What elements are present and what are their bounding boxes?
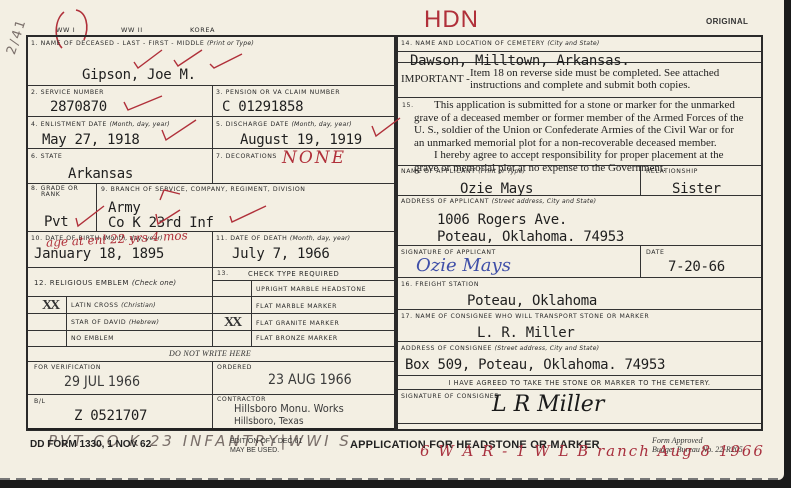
freight-station-label: 16. FREIGHT STATION	[401, 281, 479, 288]
name-of-deceased-label: 1. NAME OF DECEASED - LAST - FIRST - MID…	[31, 40, 254, 47]
footer-handwritten-note: 6 W A R - 1 W L B ranch Aug 8 1966	[420, 442, 765, 460]
dod-label: 11. DATE OF DEATH (Month, day, year)	[216, 235, 350, 242]
consignee-signature: L R Miller	[492, 392, 604, 417]
enlistment-date-label: 4. ENLISTMENT DATE (Month, day, year)	[31, 121, 170, 128]
consignee-name-label: 17. NAME OF CONSIGNEE WHO WILL TRANSPORT…	[401, 313, 649, 320]
decorations-value: NONE	[282, 148, 346, 168]
headstone-application-card: WW I WW II KOREA HDN ORIGINAL 2/41 1. NA…	[0, 0, 784, 480]
perforation-line	[0, 478, 784, 480]
applicant-address-line1: 1006 Rogers Ave.	[437, 212, 567, 228]
conflict-korea: KOREA	[190, 26, 215, 34]
red-checkmark-enlistment	[160, 118, 200, 144]
relationship-value: Sister	[672, 181, 721, 197]
verification-stamp: 29 JUL 1966	[64, 374, 140, 390]
important-text-line2: instructions and complete and submit bot…	[470, 79, 690, 92]
red-checkmark-discharge	[370, 116, 404, 140]
applicant-name-value: Ozie Mays	[460, 181, 533, 197]
conflict-ww2: WW II	[121, 26, 143, 34]
consignee-address-label: ADDRESS OF CONSIGNEE (Street address, Ci…	[401, 345, 599, 352]
discharge-date-label: 5. DISCHARGE DATE (Month, day, year)	[216, 121, 352, 128]
cemetery-label: 14. NAME AND LOCATION OF CEMETERY (City …	[401, 40, 599, 47]
red-checkmarks-branch	[70, 188, 270, 228]
discharge-date-value: August 19, 1919	[240, 132, 362, 148]
agreement-text: I HAVE AGREED TO TAKE THE STONE OR MARKE…	[398, 379, 761, 387]
freight-station-value: Poteau, Oklahoma	[467, 293, 597, 309]
handwritten-code: HDN	[424, 6, 479, 34]
form-id: DD FORM 1330, 1 NOV 62	[30, 439, 151, 450]
bl-label: B/L	[34, 398, 46, 405]
do-not-write-here: DO NOT WRITE HERE	[0, 349, 420, 358]
copy-label: ORIGINAL	[706, 17, 748, 26]
edition-note: EDITION OF 1 DEC 61MAY BE USED.	[230, 437, 302, 455]
type-option-flat-bronze[interactable]: FLAT BRONZE MARKER	[256, 335, 338, 342]
claim-number-value: C 01291858	[222, 99, 303, 115]
consignee-signature-label: SIGNATURE OF CONSIGNEE	[401, 393, 499, 400]
important-text-line1: Item 18 on reverse side must be complete…	[470, 67, 719, 80]
date-label: DATE	[646, 249, 665, 256]
enlistment-date-value: May 27, 1918	[42, 132, 140, 148]
ordered-stamp: 23 AUG 1966	[268, 372, 352, 388]
relationship-label: RELATIONSHIP	[646, 168, 698, 175]
emblem-mark-latin-cross[interactable]: XX	[42, 298, 58, 314]
faint-received-stamp	[553, 277, 572, 282]
service-number-label: 2. SERVICE NUMBER	[31, 89, 104, 96]
verification-label: FOR VERIFICATION	[34, 364, 101, 371]
type-option-flat-granite[interactable]: FLAT GRANITE MARKER	[256, 320, 339, 327]
applicant-signature: Ozie Mays	[416, 255, 511, 276]
statement-text: This application is submitted for a ston…	[414, 99, 754, 174]
religious-emblem-label: 12. RELIGIOUS EMBLEM (Check one)	[34, 279, 176, 287]
contractor-line2: Hillsboro, Texas	[234, 416, 304, 427]
red-checkmark-service	[122, 94, 166, 114]
type-mark-flat-granite[interactable]: XX	[224, 315, 240, 331]
applicant-address-label: ADDRESS OF APPLICANT (Street address, Ci…	[401, 198, 596, 205]
applicant-name-label: NAME OF APPLICANT (Print or Type)	[401, 168, 525, 175]
dod-value: July 7, 1966	[232, 246, 330, 262]
service-number-value: 2870870	[50, 99, 107, 115]
emblem-option-star-of-david[interactable]: STAR OF DAVID (Hebrew)	[71, 319, 159, 326]
consignee-address-value: Box 509, Poteau, Oklahoma. 74953	[405, 357, 665, 373]
state-value: Arkansas	[68, 166, 133, 182]
date-value: 7-20-66	[668, 259, 725, 275]
ordered-label: ORDERED	[217, 364, 252, 371]
check-type-label: CHECK TYPE REQUIRED	[248, 270, 339, 278]
decorations-label: 7. DECORATIONS	[216, 153, 277, 160]
important-label: IMPORTANT -	[401, 73, 470, 86]
type-option-flat-marble[interactable]: FLAT MARBLE MARKER	[256, 303, 337, 310]
check-type-number: 13.	[217, 270, 229, 277]
state-label: 6. STATE	[31, 153, 62, 160]
red-checkmark-name	[130, 48, 250, 70]
emblem-option-no-emblem[interactable]: NO EMBLEM	[71, 335, 114, 342]
claim-number-label: 3. PENSION OR VA CLAIM NUMBER	[216, 89, 340, 96]
emblem-option-latin-cross[interactable]: LATIN CROSS (Christian)	[71, 302, 156, 309]
type-option-upright-marble[interactable]: UPRIGHT MARBLE HEADSTONE	[256, 286, 366, 293]
consignee-name-value: L. R. Miller	[477, 325, 575, 341]
grade-value: Pvt	[44, 214, 68, 230]
bl-value: Z 0521707	[74, 408, 147, 424]
applicant-address-line2: Poteau, Oklahoma. 74953	[437, 229, 624, 245]
contractor-line1: Hillsboro Monu. Works	[234, 402, 344, 415]
statement-number: 15.	[402, 102, 414, 109]
